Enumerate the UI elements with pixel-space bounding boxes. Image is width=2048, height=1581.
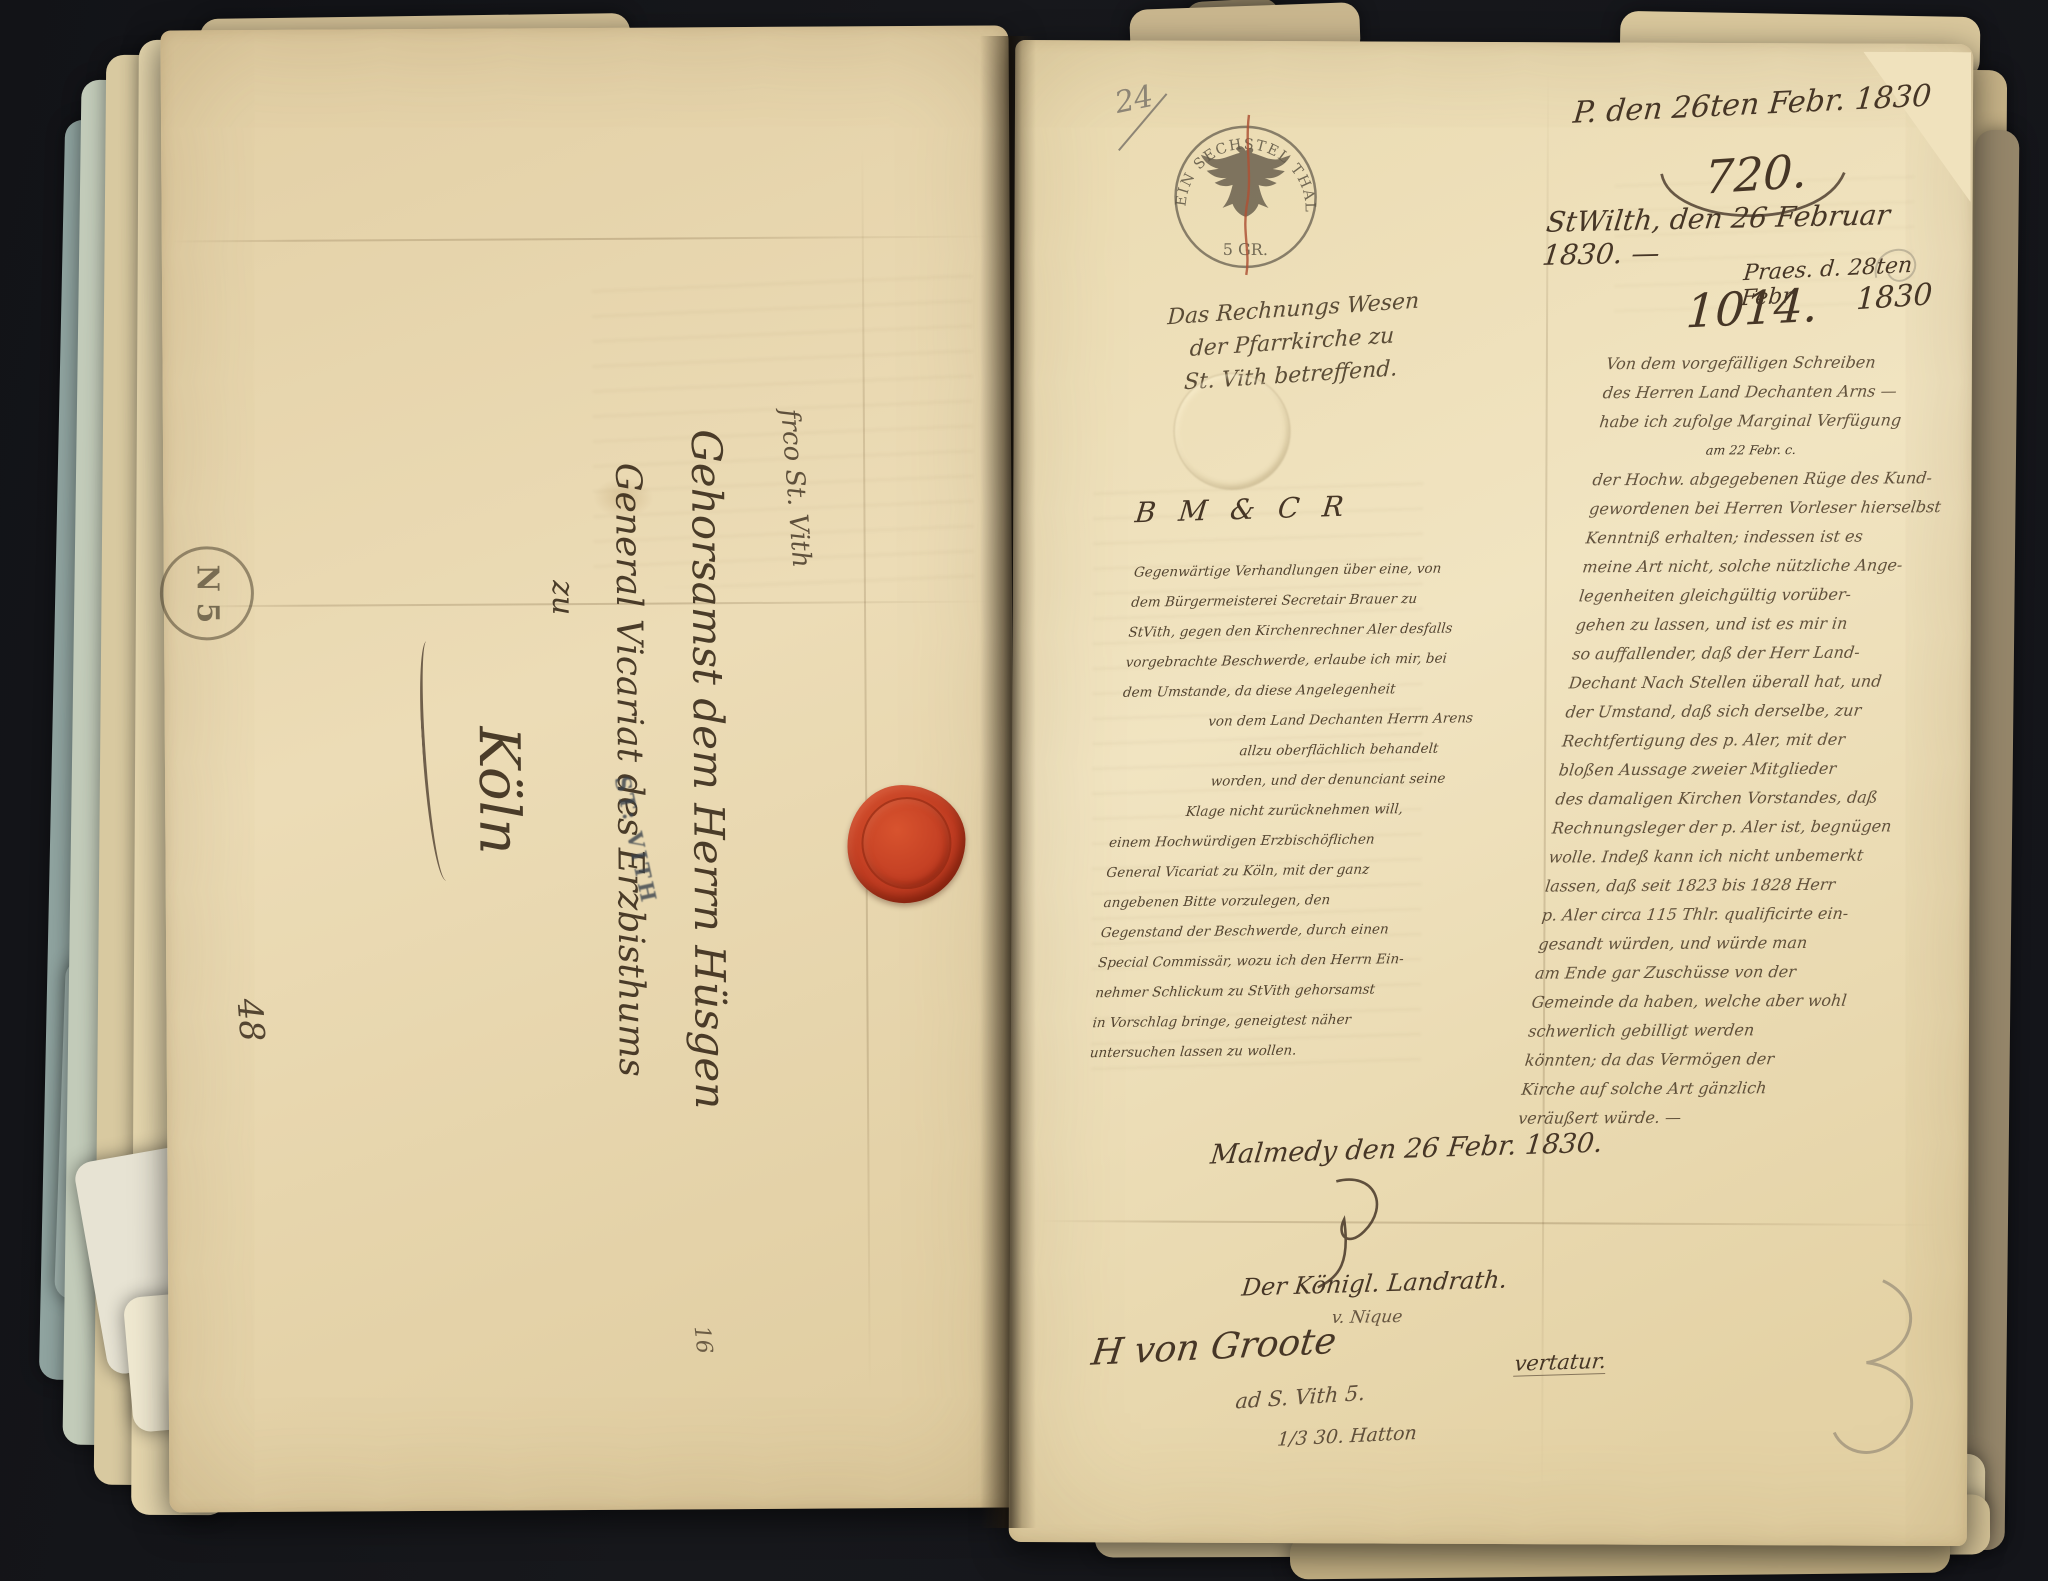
pencil-flourish [1764,1268,1965,1489]
embossed-seal [1173,373,1291,491]
body-line: allzu oberflächlich behandelt [1238,734,1419,766]
body-line: Kirche auf solche Art gänzlich [1520,1072,1933,1104]
body-right-lines: Von dem vorgefälligen Schreibendes Herre… [1517,347,2018,1133]
address-block: Gehorsamst dem Herrn HüsgenGeneral Vicar… [348,409,752,1131]
body-line: gesandt würden, und würde man [1537,927,1950,959]
address-line: Köln [460,410,536,1130]
dateline: Malmedy den 26 Febr. 1830. [1209,1128,1604,1171]
body-line: Special Commissär, wozu ich den Herrn Ei… [1097,944,1400,978]
body-line: lassen, daß seit 1823 bis 1828 Herr [1544,869,1957,901]
body-line: meine Art nicht, solche nützliche Ange- [1581,550,1994,582]
address-line: Gehorsamst dem Herrn Hüsgen [664,409,752,1129]
body-line: der Hochw. abgegebenen Rüge des Kund- [1591,463,2004,495]
body-line: habe ich zufolge Marginal Verfügung [1598,405,2011,437]
body-line: dem Umstande, da diese Angelegenheit [1122,674,1425,708]
body-line: von dem Land Dechanten Herrn Arens [1207,704,1422,737]
left-page: N 5 Gehorsamst dem Herrn HüsgenGeneral V… [160,25,1017,1512]
crease [1541,72,1549,1492]
body-line: Gemeinde da haben, welche aber wohl [1530,985,1943,1017]
body-line: nehmer Schlickum zu StVith gehorsamst [1094,974,1397,1008]
body-line: einem Hochwürdigen Erzbischöflichen [1108,824,1411,858]
wax-seal-impression [861,797,952,890]
body-line: so auffallender, daß der Herr Land- [1571,637,1984,669]
body-line: worden, und der denunciant seine [1209,764,1416,797]
body-line: könnten; da das Vermögen der [1523,1043,1936,1075]
signature: H von Groote [1089,1321,1339,1374]
body-line: des Herren Land Dechanten Arns — [1601,376,2014,408]
n5-postmark: N 5 [150,537,264,651]
body-line: Rechnungsleger der p. Aler ist, begnügen [1550,811,1963,843]
body-text-right-column: Von dem vorgefälligen Schreibendes Herre… [1517,347,2018,1133]
body-left-lines: Gegenwärtige Verhandlungen über eine, vo… [1088,554,1435,1069]
archival-scan: N 5 Gehorsamst dem Herrn HüsgenGeneral V… [0,0,2048,1581]
wax-seal [847,785,966,904]
docket-48: 48 [229,997,272,1043]
pencil-loop [1866,236,1926,296]
address-line: zu [532,410,594,1130]
right-page: 24 EIN SECHSTEL THALER 5 GR. P. den 26te… [1009,40,1974,1546]
docket-16: 16 [689,1325,717,1356]
registry-initials: B M & C R [1133,490,1352,530]
n5-postmark-label: N 5 [189,564,224,623]
journal-number: 1014. [1685,278,1820,339]
body-line: angebenen Bitte vorzulegen, den [1102,884,1405,918]
address-underline-flourish [416,640,457,881]
body-line: StVith, gegen den Kirchenrechner Aler de… [1127,614,1430,648]
body-line: Von dem vorgefälligen Schreiben [1605,347,2018,379]
closing-countersign: v. Nique [1330,1307,1403,1328]
body-line: legenheiten gleichgültig vorüber- [1577,579,1990,611]
gutter-shadow [980,36,1036,1528]
presented-note: P. den 26ten Febr. 1830 [1572,78,1933,130]
body-line: der Umstand, daß sich derselbe, zur [1564,695,1977,727]
body-line: General Vicariat zu Köln, mit der ganz [1105,854,1408,888]
crease [172,236,992,243]
address-lines: Gehorsamst dem Herrn HüsgenGeneral Vicar… [460,409,752,1131]
body-line: Kenntniß erhalten; indessen ist es [1584,521,1997,553]
body-line: am 22 Febr. c. [1594,434,2007,466]
body-line: bloßen Aussage zweier Mitglieder [1557,753,1970,785]
body-line: dem Bürgermeisterei Secretair Brauer zu [1130,584,1433,618]
body-line: untersuchen lassen zu wollen. [1088,1034,1391,1068]
body-text-left-column: Gegenwärtige Verhandlungen über eine, vo… [1088,554,1435,1069]
body-line: Dechant Nach Stellen überall hat, und [1567,666,1980,698]
body-line: wolle. Indeß kann ich nicht unbemerkt [1547,840,1960,872]
dispatch-note: 1/3 30. Hatton [1276,1422,1418,1451]
body-line: in Vorschlag bringe, geneigtest näher [1091,1004,1394,1038]
body-line: Rechtfertigung des p. Aler, mit der [1561,724,1974,756]
body-line: schwerlich gebilligt werden [1527,1014,1940,1046]
body-line: vorgebrachte Beschwerde, erlaube ich mir… [1124,644,1427,678]
crease [1040,1220,1940,1226]
address-line: General Vicariat des Erzbisthums [590,410,668,1130]
body-line: veräußert würde. — [1517,1101,1930,1133]
vertatur-note: vertatur. [1513,1349,1607,1377]
body-line: gewordenen bei Herren Vorleser hierselbs… [1588,492,2001,524]
body-line: Gegenwärtige Verhandlungen über eine, vo… [1133,554,1436,588]
pencil-folio: 24 [1112,79,1157,121]
body-line: gehen zu lassen, und ist es mir in [1574,608,1987,640]
body-line: des damaligen Kirchen Vorstandes, daß [1554,782,1967,814]
body-line: p. Aler circa 115 Thlr. qualificirte ein… [1540,898,1953,930]
body-line: am Ende gar Zuschüsse von der [1533,956,1946,988]
revenue-stamp-icon: EIN SECHSTEL THALER 5 GR. [1160,109,1331,280]
body-line: Gegenstand der Beschwerde, durch einen [1100,914,1403,948]
file-note: ad S. Vith 5. [1235,1381,1366,1414]
body-line: Klage nicht zurücknehmen will, [1185,794,1414,827]
